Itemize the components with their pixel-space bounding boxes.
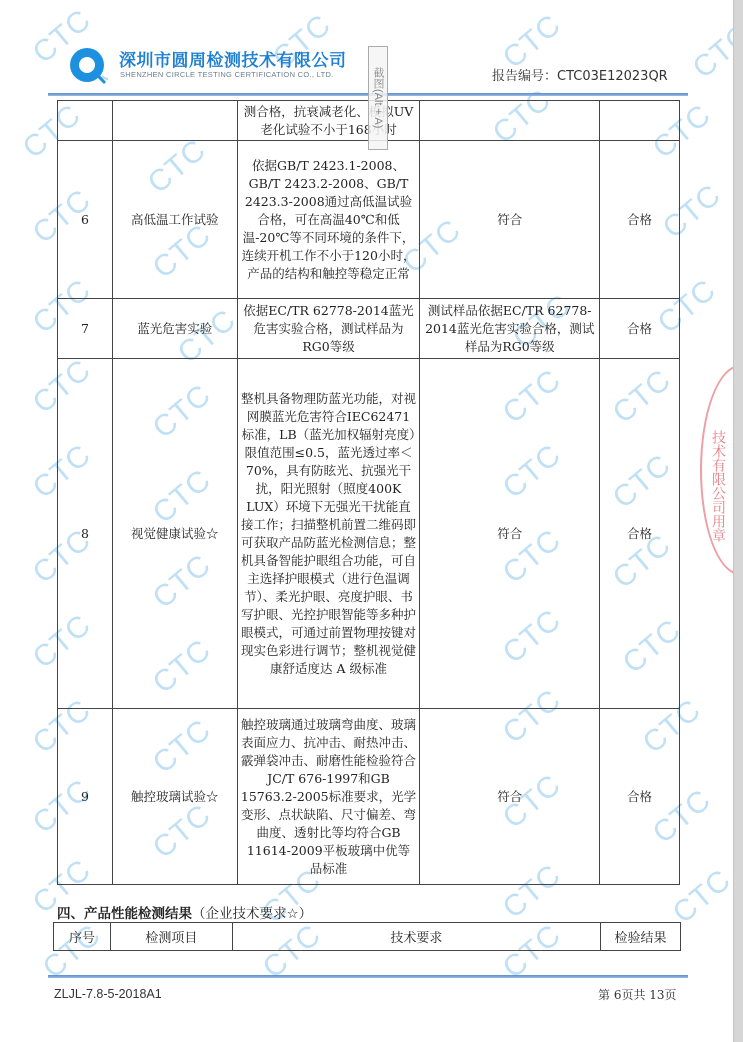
company-logo-icon: [68, 46, 108, 86]
row-number: 8: [58, 359, 113, 709]
test-item: 蓝光危害实验: [112, 299, 237, 359]
test-requirement: 依据GB/T 2423.1-2008、GB/T 2423.2-2008、GB/T…: [237, 141, 420, 299]
test-item: 高低温工作试验: [112, 141, 237, 299]
test-verdict: 合格: [600, 709, 680, 885]
row-number: 7: [58, 299, 113, 359]
footer-divider: [48, 975, 688, 978]
test-item: 触控玻璃试验☆: [112, 709, 237, 885]
test-results-table: 测合格，抗衰减老化、模拟UV老化试验不小于168小时 6 高低温工作试验 依据G…: [57, 100, 680, 885]
column-header-result: 检验结果: [601, 923, 681, 951]
company-name-en: SHENZHEN CIRCLE TESTING CERTIFICATION CO…: [120, 70, 334, 79]
screenshot-shortcut-tab[interactable]: 截图(Alt + A): [368, 46, 388, 150]
test-verdict: 合格: [600, 299, 680, 359]
table-row: 8 视觉健康试验☆ 整机具备物理防蓝光功能，对视网膜蓝光危害符合IEC62471…: [58, 359, 680, 709]
test-result: 测试样品依据EC/TR 62778-2014蓝光危害实验合格，测试样品为RG0等…: [420, 299, 600, 359]
table-row: 9 触控玻璃试验☆ 触控玻璃通过玻璃弯曲度、玻璃表面应力、抗冲击、耐热冲击、霰弹…: [58, 709, 680, 885]
page-number: 第 6页共 13页: [598, 986, 677, 1003]
test-requirement: 测合格，抗衰减老化、模拟UV老化试验不小于168小时: [237, 101, 420, 141]
row-number: 9: [58, 709, 113, 885]
company-name-cn: 深圳市圆周检测技术有限公司: [119, 46, 347, 71]
test-verdict: 合格: [600, 141, 680, 299]
test-requirement: 触控玻璃通过玻璃弯曲度、玻璃表面应力、抗冲击、耐热冲击、霰弹袋冲击、耐磨性能检验…: [237, 709, 420, 885]
section-4-subtitle: （企业技术要求☆）: [192, 906, 312, 922]
screenshot-shortcut-label: 截图(Alt + A): [370, 67, 386, 128]
vertical-scrollbar[interactable]: [733, 0, 743, 1042]
test-result: [420, 101, 600, 141]
document-code: ZLJL-7.8-5-2018A1: [54, 987, 162, 1001]
report-page: CTC CTC CTC CTC CTC CTC CTC CTC CTC CTC …: [0, 0, 733, 1042]
test-verdict: [600, 101, 680, 141]
table-row: 7 蓝光危害实验 依据EC/TR 62778-2014蓝光危害实验合格，测试样品…: [58, 299, 680, 359]
test-item: [112, 101, 237, 141]
test-result: 符合: [420, 359, 600, 709]
section-4-heading: 四、产品性能检测结果: [57, 906, 192, 922]
column-header-item: 检测项目: [110, 923, 232, 951]
section-4-title: 四、产品性能检测结果（企业技术要求☆）: [57, 902, 312, 922]
table-header-row: 序号 检测项目 技术要求 检验结果: [54, 923, 681, 951]
test-requirement: 整机具备物理防蓝光功能，对视网膜蓝光危害符合IEC62471标准，LB（蓝光加权…: [237, 359, 420, 709]
test-requirement: 依据EC/TR 62778-2014蓝光危害实验合格，测试样品为RG0等级: [237, 299, 420, 359]
row-number: [58, 101, 113, 141]
test-result: 符合: [420, 141, 600, 299]
column-header-no: 序号: [54, 923, 111, 951]
performance-results-table: 序号 检测项目 技术要求 检验结果: [53, 922, 681, 951]
table-row: 6 高低温工作试验 依据GB/T 2423.1-2008、GB/T 2423.2…: [58, 141, 680, 299]
column-header-requirement: 技术要求: [232, 923, 600, 951]
official-seal-text: 技术有限公司用章: [708, 430, 728, 542]
test-verdict: 合格: [600, 359, 680, 709]
row-number: 6: [58, 141, 113, 299]
report-number: 报告编号：CTC03E12023QR: [492, 65, 668, 84]
test-result: 符合: [420, 709, 600, 885]
test-item: 视觉健康试验☆: [112, 359, 237, 709]
